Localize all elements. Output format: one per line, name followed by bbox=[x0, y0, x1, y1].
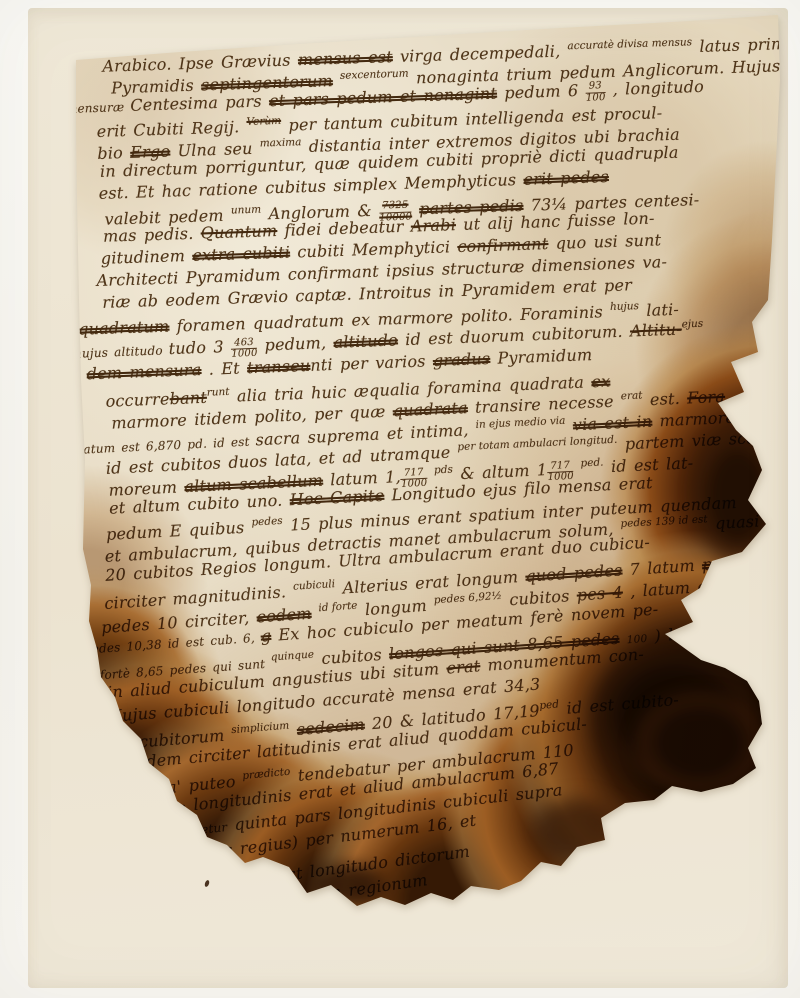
manuscript-word: ped bbox=[539, 698, 560, 712]
manuscript-word: fidei debeatur bbox=[277, 217, 411, 240]
manuscript-word: cubiculi bbox=[293, 578, 336, 593]
manuscript-word: transeu bbox=[247, 356, 311, 377]
manuscript-word: prædicto bbox=[242, 765, 291, 781]
manuscript-word: Multiplicetur bbox=[144, 820, 228, 843]
manuscript-word: maxima bbox=[260, 136, 302, 149]
manuscript-word: mensuræ bbox=[66, 99, 131, 115]
manuscript-word: confirmant bbox=[457, 234, 549, 256]
manuscript-sheet: Arabico. Ipse Grævius mensus est virga d… bbox=[0, 0, 800, 998]
manuscript-word: accuratè divisa mensus bbox=[567, 36, 692, 52]
manuscript-word: gitudinem bbox=[101, 246, 193, 268]
manuscript-word: pedes 3,10 bbox=[701, 549, 794, 574]
manuscript-word: quo usi sunt bbox=[548, 230, 661, 253]
manuscript-word: pedes bbox=[216, 869, 249, 885]
manuscript-word: runt bbox=[206, 386, 229, 399]
manuscript-word: hujus altitudo bbox=[74, 344, 169, 362]
manuscript-word: , latum cub 2 & bbox=[622, 573, 767, 602]
manuscript-word: id forte bbox=[318, 600, 358, 615]
manuscript-word: quinque bbox=[270, 648, 314, 663]
manuscript-word: per totam ambulacri longitud. bbox=[457, 434, 617, 454]
manuscript-word: pedes 139 id est bbox=[620, 513, 708, 530]
manuscript-word: ulnarum regionum bbox=[271, 871, 429, 911]
manuscript-word: pedum, bbox=[257, 333, 334, 355]
manuscript-word: Altitu- bbox=[630, 320, 682, 341]
manuscript-word: hujus bbox=[610, 300, 639, 313]
manuscript-word: lata bbox=[784, 403, 800, 423]
manuscript-word: erit pedes bbox=[523, 167, 609, 189]
manuscript-word: unum bbox=[231, 203, 262, 216]
manuscript-word: sexcentorum bbox=[340, 67, 409, 81]
manuscript-word: pedes bbox=[251, 515, 283, 529]
manuscript-text: Arabico. Ipse Grævius mensus est virga d… bbox=[94, 29, 800, 918]
manuscript-word: tudo 3 bbox=[168, 337, 231, 358]
manuscript-word bbox=[794, 549, 800, 568]
manuscript-word: pds bbox=[434, 464, 453, 477]
manuscript-word: pedum 6 bbox=[497, 80, 586, 102]
manuscript-word: ejus bbox=[681, 318, 703, 331]
manuscript-word: extra cubiti bbox=[192, 243, 290, 265]
manuscript-word: erat bbox=[446, 657, 481, 678]
manuscript-word: altitudo bbox=[333, 331, 398, 352]
manuscript-word: , longitudo bbox=[605, 76, 704, 98]
manuscript-word: simplicium bbox=[231, 720, 290, 737]
manuscript-word: ped. bbox=[580, 457, 604, 470]
manuscript-word: Centesima pars bbox=[130, 91, 269, 115]
manuscript-word: gradus bbox=[433, 349, 491, 370]
manuscript-sheet-shadow: Arabico. Ipse Grævius mensus est virga d… bbox=[0, 0, 800, 998]
manuscript-word: dem mensura bbox=[86, 360, 201, 383]
manuscript-word: erat bbox=[620, 389, 642, 402]
manuscript-word: in ejus medio via bbox=[475, 414, 565, 430]
manuscript-word: Arabi bbox=[411, 215, 457, 235]
manuscript-word: pedes 6,92½ bbox=[433, 590, 502, 607]
manuscript-word: Verùm bbox=[246, 115, 281, 128]
manuscript-word: Pyramidum bbox=[490, 345, 593, 368]
photo-backdrop: Arabico. Ipse Grævius mensus est virga d… bbox=[0, 0, 800, 998]
manuscript-word: ejusdem bbox=[134, 800, 187, 819]
manuscript-word: . Et bbox=[201, 358, 247, 379]
manuscript-word: nti per varios bbox=[310, 351, 433, 375]
manuscript-word: Quantum bbox=[200, 221, 277, 243]
manuscript-word: mas pedis. bbox=[103, 224, 201, 246]
